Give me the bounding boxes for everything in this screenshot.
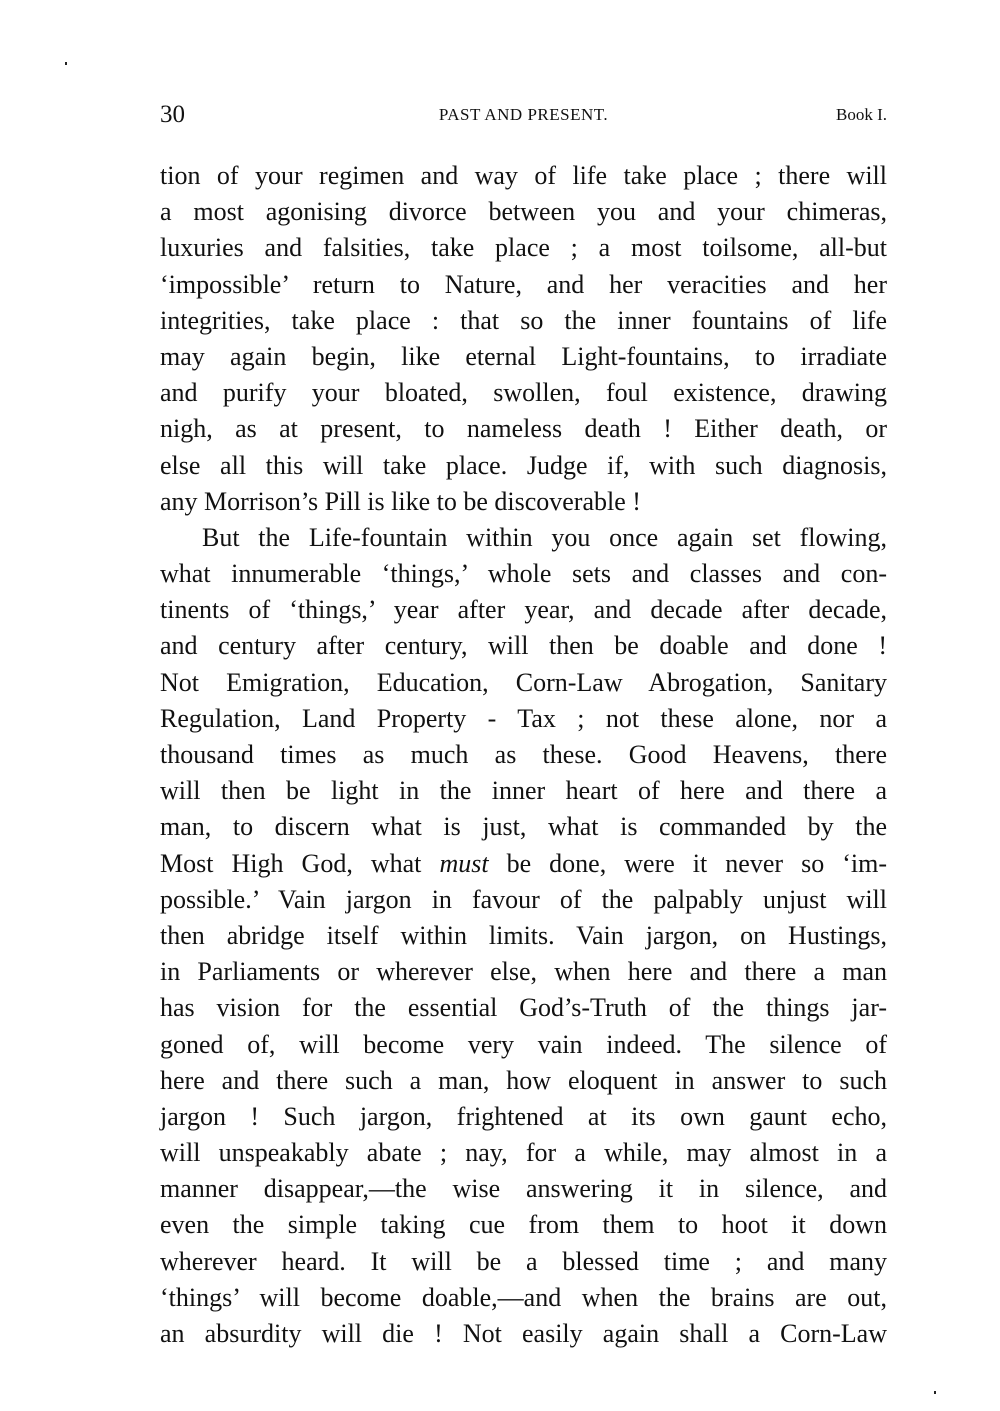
text-line: luxuries and falsities, take place ; a m… bbox=[160, 230, 887, 266]
text-line: manner disappear,—the wise answering it … bbox=[160, 1171, 887, 1207]
text-line: here and there such a man, how eloquent … bbox=[160, 1063, 887, 1099]
text-line: ‘impossible’ return to Nature, and her v… bbox=[160, 267, 887, 303]
text-line-with-emphasis: Most High God, what must be done, were i… bbox=[160, 846, 887, 882]
text-line: integrities, take place : that so the in… bbox=[160, 303, 887, 339]
text-line: and century after century, will then be … bbox=[160, 628, 887, 664]
text-line: a most agonising divorce between you and… bbox=[160, 194, 887, 230]
text-line: goned of, will become very vain indeed. … bbox=[160, 1027, 887, 1063]
paragraph-life-fountain: But the Life-fountain within you once ag… bbox=[160, 520, 887, 1352]
text-line: will then be light in the inner heart of… bbox=[160, 773, 887, 809]
text-line: jargon ! Such jargon, frightened at its … bbox=[160, 1099, 887, 1135]
text-line: else all this will take place. Judge if,… bbox=[160, 448, 887, 484]
scan-speck-top-left bbox=[65, 62, 67, 65]
body-text: tion of your regimen and way of life tak… bbox=[160, 158, 887, 1352]
text-line: even the simple taking cue from them to … bbox=[160, 1207, 887, 1243]
text-line: any Morrison’s Pill is like to be discov… bbox=[160, 484, 887, 520]
book-reference: Book I. bbox=[836, 105, 887, 125]
text-line: in Parliaments or wherever else, when he… bbox=[160, 954, 887, 990]
scan-speck-bottom-right bbox=[934, 1391, 936, 1394]
emphasis-before: Most High God, what bbox=[160, 849, 439, 878]
text-line: man, to discern what is just, what is co… bbox=[160, 809, 887, 845]
text-line: But the Life-fountain within you once ag… bbox=[160, 520, 887, 556]
text-line: Regulation, Land Property - Tax ; not th… bbox=[160, 701, 887, 737]
paragraph-continued: tion of your regimen and way of life tak… bbox=[160, 158, 887, 520]
text-line: tinents of ‘things,’ year after year, an… bbox=[160, 592, 887, 628]
text-line: thousand times as much as these. Good He… bbox=[160, 737, 887, 773]
running-header: 30 PAST AND PRESENT. Book I. bbox=[160, 101, 887, 131]
text-line: will unspeakably abate ; nay, for a whil… bbox=[160, 1135, 887, 1171]
text-line: tion of your regimen and way of life tak… bbox=[160, 158, 887, 194]
text-line: then abridge itself within limits. Vain … bbox=[160, 918, 887, 954]
text-line: nigh, as at present, to nameless death !… bbox=[160, 411, 887, 447]
emphasis-after: be done, were it never so ‘im- bbox=[489, 849, 887, 878]
text-line: an absurdity will die ! Not easily again… bbox=[160, 1316, 887, 1352]
text-line: and purify your bloated, swollen, foul e… bbox=[160, 375, 887, 411]
text-line: possible.’ Vain jargon in favour of the … bbox=[160, 882, 887, 918]
text-line: ‘things’ will become doable,—and when th… bbox=[160, 1280, 887, 1316]
running-title: PAST AND PRESENT. bbox=[160, 105, 887, 125]
emphasis-must: must bbox=[439, 849, 488, 878]
text-line: Not Emigration, Education, Corn-Law Abro… bbox=[160, 665, 887, 701]
text-line: may again begin, like eternal Light-foun… bbox=[160, 339, 887, 375]
text-line: what innumerable ‘things,’ whole sets an… bbox=[160, 556, 887, 592]
text-line: wherever heard. It will be a blessed tim… bbox=[160, 1244, 887, 1280]
text-line: has vision for the essential God’s-Truth… bbox=[160, 990, 887, 1026]
